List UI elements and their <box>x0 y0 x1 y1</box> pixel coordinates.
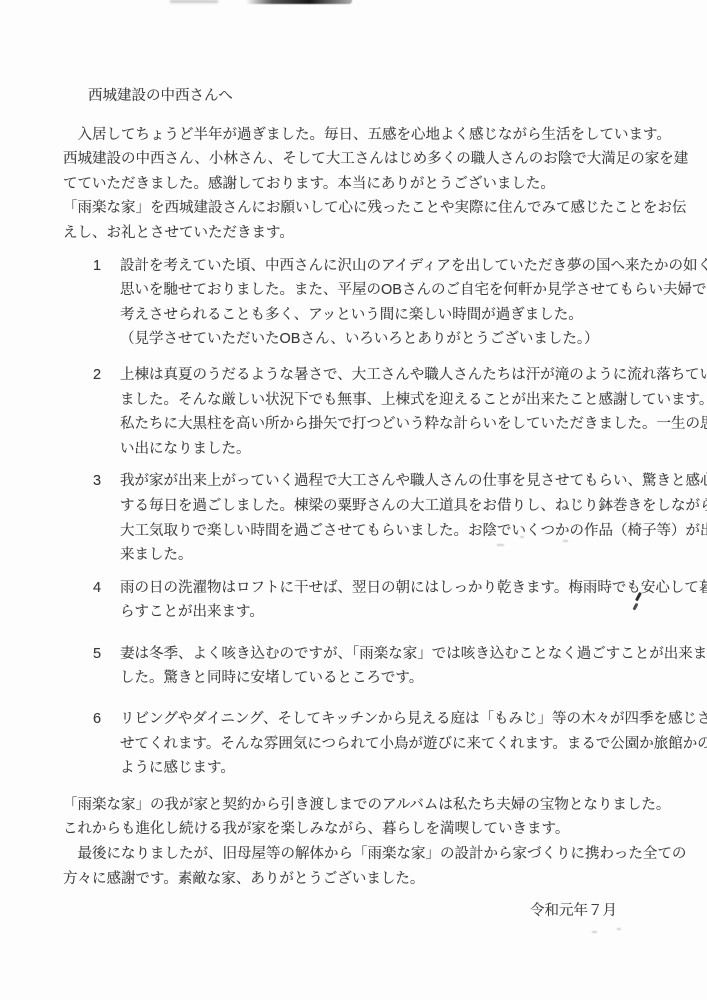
closing-paragraph: 「雨楽な家」の我が家と契約から引き渡しまでのアルバムは私たち夫婦の宝物となりまし… <box>63 793 645 891</box>
text-line: これからも進化し続ける我が家を楽しみながら、暮らしを満喫していきます。 <box>63 817 645 842</box>
numbered-item-6: 6 リビングやダイニング、そしてキッチンから見える庭は「もみじ」等の木々が四季を… <box>63 707 645 781</box>
text-line: する毎日を過ごしました。棟梁の粟野さんの大工道具をお借りし、ねじり鉢巻きをしなが… <box>120 494 707 519</box>
text-line: 思いを馳せておりました。また、平屋のOBさんのご自宅を何軒か見学させてもらい夫婦… <box>120 278 707 303</box>
text-line: 最後になりましたが、旧母屋等の解体から「雨楽な家」の設計から家づくりに携わった全… <box>63 842 645 867</box>
scan-speck <box>520 536 524 538</box>
letter-body: 西城建設の中西さんへ 入居してちょうど半年が過ぎました。毎日、五感を心地よく感じ… <box>63 0 645 924</box>
text-line: えし、お礼とさせていただきます。 <box>63 221 645 246</box>
text-line: ました。そんな厳しい状況下でも無事、上棟式を迎えることが出来たこと感謝しています… <box>120 388 707 413</box>
scanned-letter-page: 西城建設の中西さんへ 入居してちょうど半年が過ぎました。毎日、五感を心地よく感じ… <box>0 0 707 1000</box>
item-number: 3 <box>93 469 120 567</box>
text-line: （見学させていただいたOBさん、いろいろとありがとうございました。） <box>120 327 707 352</box>
text-line: い出になりました。 <box>120 437 707 462</box>
numbered-item-5: 5 妻は冬季、よく咳き込むのですが、「雨楽な家」では咳き込むことなく過ごすことが… <box>63 642 645 691</box>
text-line: 入居してちょうど半年が過ぎました。毎日、五感を心地よく感じながら生活をしています… <box>63 123 645 148</box>
text-line: した。驚きと同時に安堵しているところです。 <box>120 666 707 691</box>
text-line: 私たちに大黒柱を高い所から掛矢で打つどいう粋な計らいをしていただきました。一生の… <box>120 412 707 437</box>
numbered-item-1: 1 設計を考えていた頃、中西さんに沢山のアイディアを出していただき夢の国へ来たか… <box>63 254 645 352</box>
text-line: リビングやダイニング、そしてキッチンから見える庭は「もみじ」等の木々が四季を感じ… <box>120 707 707 732</box>
text-line: 雨の日の洗濯物はロフトに干せば、翌日の朝にはしっかり乾きます。梅雨時でも安心して… <box>120 576 707 601</box>
text-line: 方々に感謝です。素敵な家、ありがとうございました。 <box>63 867 645 892</box>
numbered-item-4: 4 雨の日の洗濯物はロフトに干せば、翌日の朝にはしっかり乾きます。梅雨時でも安心… <box>63 576 645 625</box>
numbered-item-2: 2 上棟は真夏のうだるような暑さで、大工さんや職人さんたちは汗が滝のように流れ落… <box>63 363 645 461</box>
text-line: せてくれます。そんな雰囲気につられて小鳥が遊びに来てくれます。まるで公園か旅館か… <box>120 732 707 757</box>
item-number: 5 <box>93 642 120 691</box>
text-line: 「雨楽な家」を西城建設さんにお願いして心に残ったことや実際に住んでみて感じたこと… <box>63 196 645 221</box>
scan-speck <box>497 544 504 546</box>
text-line: 設計を考えていた頃、中西さんに沢山のアイディアを出していただき夢の国へ来たかの如… <box>120 254 707 279</box>
date-line: 令和元年７月 <box>63 899 645 924</box>
text-line: ように感じます。 <box>120 756 707 781</box>
text-line: 我が家が出来上がっていく過程で大工さんや職人さんの仕事を見させてもらい、驚きと感… <box>120 469 707 494</box>
item-number: 4 <box>93 576 120 625</box>
text-line: 「雨楽な家」の我が家と契約から引き渡しまでのアルバムは私たち夫婦の宝物となりまし… <box>63 793 645 818</box>
text-line: 西城建設の中西さん、小林さん、そして大工さんはじめ多くの職人さんのお陰で大満足の… <box>63 147 645 172</box>
recipient-line: 西城建設の中西さんへ <box>88 84 645 109</box>
opening-paragraph: 入居してちょうど半年が過ぎました。毎日、五感を心地よく感じながら生活をしています… <box>63 123 645 246</box>
text-line: 来ました。 <box>120 543 707 568</box>
text-line: 妻は冬季、よく咳き込むのですが、「雨楽な家」では咳き込むことなく過ごすことが出来… <box>120 642 707 667</box>
text-line: 上棟は真夏のうだるような暑さで、大工さんや職人さんたちは汗が滝のように流れ落ちて… <box>120 363 707 388</box>
scan-speck <box>617 928 621 930</box>
scan-speck <box>592 931 597 933</box>
text-line: 考えさせられることも多く、アッという間に楽しい時間が過ぎました。 <box>120 303 707 328</box>
scan-speck <box>563 540 568 542</box>
item-number: 6 <box>93 707 120 781</box>
text-line: てていただきました。感謝しております。本当にありがとうございました。 <box>63 172 645 197</box>
text-line: らすことが出来ます。 <box>120 600 707 625</box>
item-number: 1 <box>93 254 120 352</box>
text-line: 大工気取りで楽しい時間を過ごさせてもらいました。お陰でいくつかの作品（椅子等）が… <box>120 519 707 544</box>
item-number: 2 <box>93 363 120 461</box>
numbered-item-3: 3 我が家が出来上がっていく過程で大工さんや職人さんの仕事を見させてもらい、驚き… <box>63 469 645 567</box>
